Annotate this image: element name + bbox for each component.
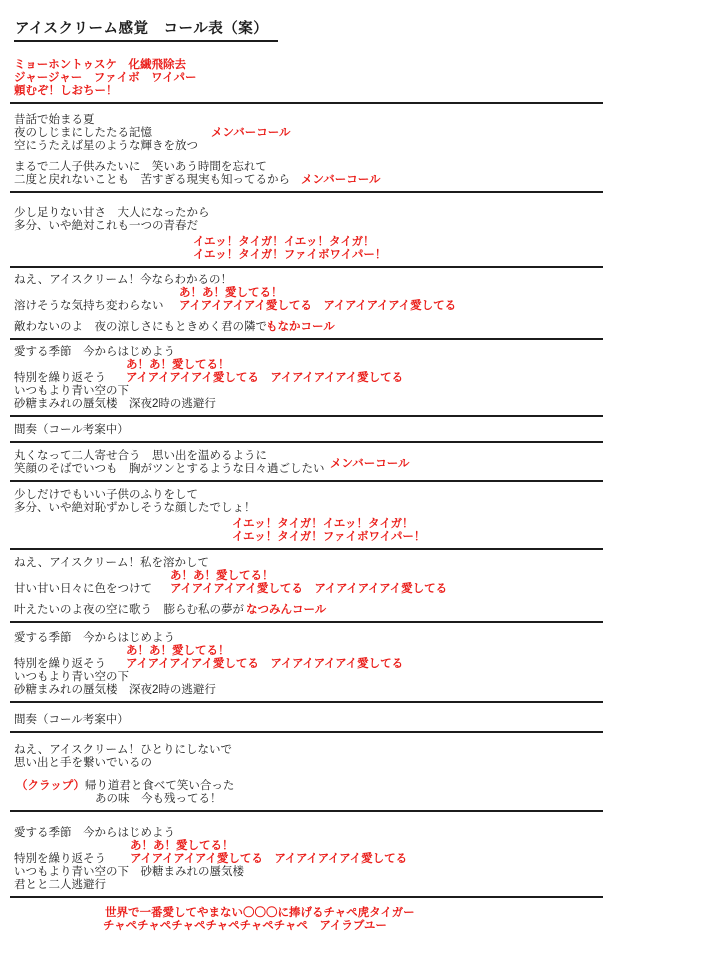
lyric-text: 少し足りない甘さ 大人になったから: [14, 207, 210, 219]
lyric-line: 君とと二人逃避行: [0, 879, 720, 892]
lyric-text: 帰り道君と食べて笑い合った: [85, 780, 235, 792]
call-text: イエッ！タイガ！イエッ！タイガ！: [232, 518, 413, 530]
lyrics-section: 少しだけでもいい子供のふりをして多分、いや絶対恥ずかしそうな顔したでしょ！イエッ…: [0, 482, 720, 544]
lyric-line: 叶えたいのよ夜の空に歌う 膨らむ私の夢がなつみんコール: [0, 604, 720, 617]
lyric-line: 特別を繰り返そうアイアイアイアイ愛してる アイアイアイアイ愛してる: [0, 658, 720, 671]
call-line: イエッ！タイガ！ファイボワイパー！: [0, 531, 720, 544]
lyric-text: 多分、いや絶対恥ずかしそうな顔したでしょ！: [14, 502, 256, 514]
lyric-text: 間奏（コール考案中）: [14, 424, 129, 436]
lyric-text: 特別を繰り返そう: [14, 658, 106, 670]
lyrics-section: 間奏（コール考案中）: [0, 703, 720, 727]
call-text: メンバーコール: [301, 174, 380, 187]
call-text: アイアイアイアイ愛してる アイアイアイアイ愛してる: [130, 853, 407, 866]
lyric-line: いつもより青い空の下: [0, 671, 720, 684]
lyric-line: 砂糖まみれの蜃気楼 深夜2時の逃避行: [0, 398, 720, 411]
call-line: チャペチャペチャペチャペチャペチャペ アイラブユー: [0, 920, 720, 933]
lyric-line: 多分、いや絶対恥ずかしそうな顔したでしょ！: [0, 502, 720, 515]
interlude-note: 間奏（コール考案中）: [0, 714, 720, 727]
call-text: 頼むぞ！しおちー！: [14, 85, 118, 97]
call-text: あ！あ！愛してる！: [170, 570, 274, 582]
call-text: あ！あ！愛してる！: [130, 840, 234, 852]
blank-line: [0, 313, 720, 321]
call-text: あ！あ！愛してる！: [126, 359, 230, 371]
lyric-text: 砂糖まみれの蜃気楼 深夜2時の逃避行: [14, 398, 216, 410]
call-text: なつみんコール: [246, 604, 326, 617]
lyric-line: 空にうたえば星のような輝きを放つ: [0, 140, 720, 153]
lyric-line: 夜のしじまにしたたる記憶メンバーコール: [0, 127, 720, 140]
call-line: あ！あ！愛してる！: [0, 287, 720, 300]
page-title: アイスクリーム感覚 コール表（案）: [14, 17, 278, 42]
lyric-line: 敵わないのよ 夜の涼しさにもときめく君の隣でもなかコール: [0, 321, 720, 334]
lyric-line: （クラップ）帰り道君と食べて笑い合った: [0, 780, 720, 793]
lyric-text: あの味 今も残ってる！: [95, 793, 222, 805]
lyric-line: ねえ、アイスクリーム！今ならわかるの！: [0, 274, 720, 287]
call-text: あ！あ！愛してる！: [179, 287, 283, 299]
call-text: ジャージャー ファイボ ワイパー: [14, 72, 197, 84]
lyrics-section: ねえ、アイスクリーム！ひとりにしないで思い出と手を繋いでいるの（クラップ）帰り道…: [0, 733, 720, 806]
call-text: もなかコール: [266, 321, 335, 334]
lyric-text: いつもより青い空の下: [14, 385, 129, 397]
lyric-line: 少し足りない甘さ 大人になったから: [0, 207, 720, 220]
lyric-text: ねえ、アイスクリーム！ひとりにしないで: [14, 744, 232, 756]
lyric-line: 特別を繰り返そうアイアイアイアイ愛してる アイアイアイアイ愛してる: [0, 853, 720, 866]
lyrics-section: 世界で一番愛してやまない〇〇〇に捧げるチャペ虎タイガーチャペチャペチャペチャペチ…: [0, 898, 720, 933]
lyric-text: ねえ、アイスクリーム！今ならわかるの！: [14, 274, 232, 286]
lyric-text: 夜のしじまにしたたる記憶: [14, 127, 152, 139]
lyric-line: まるで二人子供みたいに 笑いあう時間を忘れて: [0, 161, 720, 174]
lyric-text: いつもより青い空の下: [14, 671, 129, 683]
lyrics-section: 愛する季節 今からはじめようあ！あ！愛してる！特別を繰り返そうアイアイアイアイ愛…: [0, 340, 720, 411]
lyric-line: あの味 今も残ってる！: [0, 793, 720, 806]
lyric-text: 砂糖まみれの蜃気楼 深夜2時の逃避行: [14, 684, 216, 696]
lyrics-section: 間奏（コール考案中）: [0, 417, 720, 437]
lyric-line: 溶けそうな気持ち変わらないアイアイアイアイ愛してる アイアイアイアイ愛してる: [0, 300, 720, 313]
call-text: アイアイアイアイ愛してる アイアイアイアイ愛してる: [126, 372, 403, 385]
lyric-line: いつもより青い空の下 砂糖まみれの蜃気楼: [0, 866, 720, 879]
lyrics-section: ねえ、アイスクリーム！今ならわかるの！あ！あ！愛してる！溶けそうな気持ち変わらな…: [0, 268, 720, 334]
call-line: あ！あ！愛してる！: [0, 645, 720, 658]
call-line: ジャージャー ファイボ ワイパー: [0, 72, 720, 85]
blank-line: [0, 596, 720, 604]
lyrics-section: 愛する季節 今からはじめようあ！あ！愛してる！特別を繰り返そうアイアイアイアイ愛…: [0, 623, 720, 697]
lyric-line: ねえ、アイスクリーム！ひとりにしないで: [0, 744, 720, 757]
call-line: ミョーホントゥスケ 化繊飛除去: [0, 59, 720, 72]
lyric-text: 二度と戻れないことも 苦すぎる現実も知ってるから: [14, 174, 290, 186]
lyrics-section: ねえ、アイスクリーム！私を溶かしてあ！あ！愛してる！甘い甘い日々に色をつけてアイ…: [0, 550, 720, 617]
lyric-text: 丸くなって二人寄せ合う 思い出を温めるように: [14, 450, 267, 462]
document-sections: ミョーホントゥスケ 化繊飛除去ジャージャー ファイボ ワイパー頼むぞ！しおちー！…: [0, 42, 720, 933]
lyric-line: 特別を繰り返そうアイアイアイアイ愛してる アイアイアイアイ愛してる: [0, 372, 720, 385]
interlude-note: 間奏（コール考案中）: [0, 424, 720, 437]
call-line: あ！あ！愛してる！: [0, 359, 720, 372]
call-line: あ！あ！愛してる！: [0, 840, 720, 853]
lyric-text: 思い出と手を繋いでいるの: [14, 757, 152, 769]
call-text: イエッ！タイガ！イエッ！タイガ！: [193, 236, 374, 248]
lyric-line: 愛する季節 今からはじめよう: [0, 827, 720, 840]
lyric-line: 二度と戻れないことも 苦すぎる現実も知ってるからメンバーコール: [0, 174, 720, 187]
lyric-text: 愛する季節 今からはじめよう: [14, 632, 175, 644]
lyric-text: 君とと二人逃避行: [14, 879, 106, 891]
call-text: アイアイアイアイ愛してる アイアイアイアイ愛してる: [179, 300, 456, 313]
lyric-text: 少しだけでもいい子供のふりをして: [14, 489, 198, 501]
lyrics-section: 愛する季節 今からはじめようあ！あ！愛してる！特別を繰り返そうアイアイアイアイ愛…: [0, 812, 720, 892]
call-text: メンバーコール: [330, 458, 409, 471]
lyric-line: 甘い甘い日々に色をつけてアイアイアイアイ愛してる アイアイアイアイ愛してる: [0, 583, 720, 596]
lyric-line: 多分、いや絶対これも一つの青春だ: [0, 220, 720, 233]
lyric-text: いつもより青い空の下 砂糖まみれの蜃気楼: [14, 866, 244, 878]
lyric-line: 思い出と手を繋いでいるの: [0, 757, 720, 770]
lyric-line: 笑顔のそばでいつも 胸がツンとするような日々過ごしたいメンバーコール: [0, 463, 720, 476]
blank-line: [0, 153, 720, 161]
call-text: （クラップ）: [16, 780, 85, 792]
lyric-text: 愛する季節 今からはじめよう: [14, 346, 175, 358]
lyric-line: 砂糖まみれの蜃気楼 深夜2時の逃避行: [0, 684, 720, 697]
call-text: ミョーホントゥスケ 化繊飛除去: [14, 59, 186, 71]
lyrics-section: 少し足りない甘さ 大人になったから多分、いや絶対これも一つの青春だイエッ！タイガ…: [0, 193, 720, 262]
lyric-text: 笑顔のそばでいつも 胸がツンとするような日々過ごしたい: [14, 463, 325, 475]
call-line: あ！あ！愛してる！: [0, 570, 720, 583]
lyric-line: いつもより青い空の下: [0, 385, 720, 398]
lyric-text: ねえ、アイスクリーム！私を溶かして: [14, 557, 209, 569]
lyric-text: 溶けそうな気持ち変わらない: [14, 300, 164, 312]
call-text: 世界で一番愛してやまない〇〇〇に捧げるチャペ虎タイガー: [105, 907, 415, 919]
call-line: 頼むぞ！しおちー！: [0, 85, 720, 98]
lyric-line: 昔話で始まる夏: [0, 114, 720, 127]
lyric-line: ねえ、アイスクリーム！私を溶かして: [0, 557, 720, 570]
call-line: イエッ！タイガ！イエッ！タイガ！: [0, 236, 720, 249]
call-text: アイアイアイアイ愛してる アイアイアイアイ愛してる: [170, 583, 447, 596]
lyric-text: 間奏（コール考案中）: [14, 714, 129, 726]
lyric-text: 愛する季節 今からはじめよう: [14, 827, 175, 839]
blank-line: [0, 770, 720, 780]
call-text: チャペチャペチャペチャペチャペチャペ アイラブユー: [103, 920, 387, 932]
call-line: イエッ！タイガ！ファイボワイパー！: [0, 249, 720, 262]
call-line: 世界で一番愛してやまない〇〇〇に捧げるチャペ虎タイガー: [0, 907, 720, 920]
lyrics-section: 昔話で始まる夏夜のしじまにしたたる記憶メンバーコール空にうたえば星のような輝きを…: [0, 104, 720, 187]
lyrics-section: 丸くなって二人寄せ合う 思い出を温めるように笑顔のそばでいつも 胸がツンとするよ…: [0, 443, 720, 476]
lyric-text: まるで二人子供みたいに 笑いあう時間を忘れて: [14, 161, 267, 173]
call-text: アイアイアイアイ愛してる アイアイアイアイ愛してる: [126, 658, 403, 671]
call-text: メンバーコール: [211, 127, 290, 140]
lyric-text: 多分、いや絶対これも一つの青春だ: [14, 220, 198, 232]
call-text: イエッ！タイガ！ファイボワイパー！: [193, 249, 386, 261]
lyric-text: 特別を繰り返そう: [14, 853, 106, 865]
lyric-text: 甘い甘い日々に色をつけて: [14, 583, 152, 595]
call-text: あ！あ！愛してる！: [126, 645, 230, 657]
lyric-line: 少しだけでもいい子供のふりをして: [0, 489, 720, 502]
lyric-text: 昔話で始まる夏: [14, 114, 95, 126]
lyric-line: 愛する季節 今からはじめよう: [0, 632, 720, 645]
call-line: イエッ！タイガ！イエッ！タイガ！: [0, 518, 720, 531]
lyric-line: 愛する季節 今からはじめよう: [0, 346, 720, 359]
lyrics-section: ミョーホントゥスケ 化繊飛除去ジャージャー ファイボ ワイパー頼むぞ！しおちー！: [0, 42, 720, 98]
lyric-text: 叶えたいのよ夜の空に歌う 膨らむ私の夢が: [14, 604, 244, 616]
lyric-text: 敵わないのよ 夜の涼しさにもときめく君の隣で: [14, 321, 267, 333]
lyric-text: 特別を繰り返そう: [14, 372, 106, 384]
call-sheet-document: アイスクリーム感覚 コール表（案） ミョーホントゥスケ 化繊飛除去ジャージャー …: [0, 0, 720, 960]
call-text: イエッ！タイガ！ファイボワイパー！: [232, 531, 425, 543]
lyric-text: 空にうたえば星のような輝きを放つ: [14, 140, 198, 152]
